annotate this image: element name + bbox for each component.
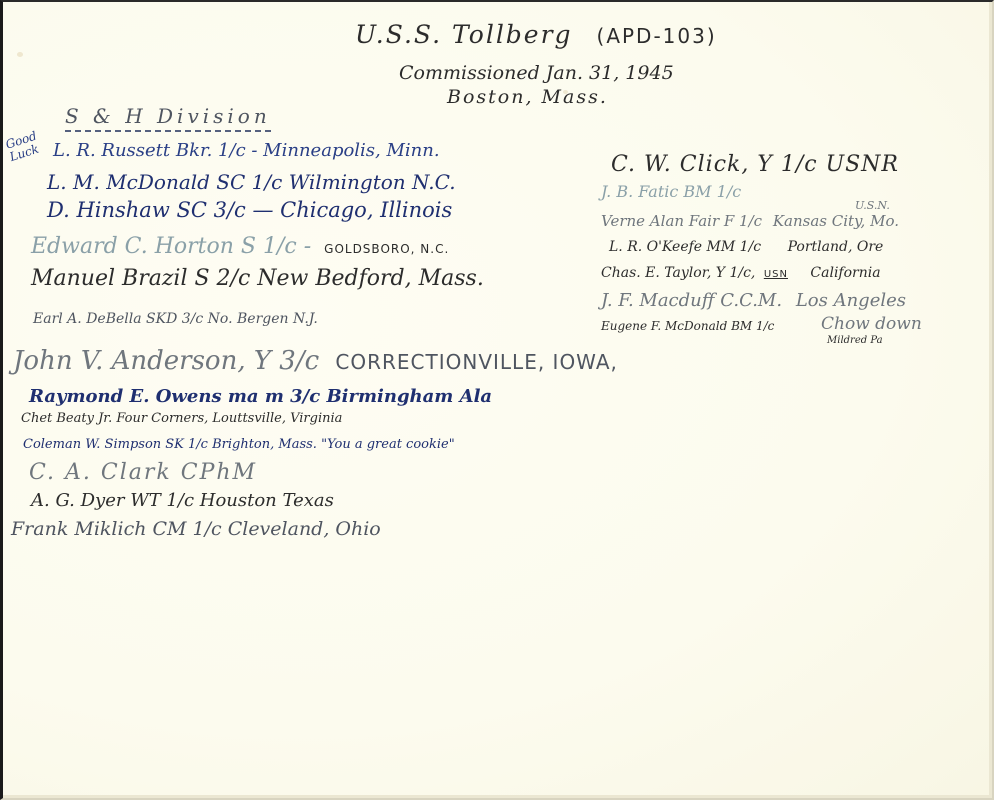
list-item: J. B. Fatic BM 1/c — [601, 184, 741, 200]
list-item: Verne Alan Fair F 1/c Kansas City, Mo. — [601, 214, 899, 229]
list-item: Eugene F. McDonald BM 1/c — [601, 320, 774, 332]
paper-stain — [17, 52, 23, 57]
entry-note: Mildred Pa — [827, 336, 883, 346]
entry-hometown: CORRECTIONVILLE, IOWA, — [335, 350, 618, 374]
ship-title: U.S.S. Tollberg — [355, 20, 573, 49]
list-item: L. R. Russett Bkr. 1/c - Minneapolis, Mi… — [53, 142, 440, 160]
list-item: A. G. Dyer WT 1/c Houston Texas — [31, 492, 334, 510]
commission-date: Commissioned Jan. 31, 1945 — [399, 64, 674, 83]
entry-hometown: Portland, Ore — [788, 239, 884, 255]
document-photo: U.S.S. Tollberg (APD-103) Commissioned J… — [0, 0, 994, 800]
entry-name: L. R. O'Keefe MM 1/c — [609, 239, 761, 255]
division-title: S & H Division — [65, 106, 271, 126]
entry-name: Verne Alan Fair F 1/c — [601, 212, 762, 230]
list-item: Edward C. Horton S 1/c - GOLDSBORO, N.C. — [31, 236, 449, 258]
entry-name: John V. Anderson, Y 3/c — [13, 346, 319, 376]
list-item: D. Hinshaw SC 3/c — Chicago, Illinois — [47, 200, 452, 221]
entry-note: USN — [764, 269, 788, 280]
list-item: L. R. O'Keefe MM 1/c Portland, Ore — [609, 240, 883, 254]
entry-name: Eugene F. McDonald BM 1/c — [601, 319, 774, 333]
list-item: Earl A. DeBella SKD 3/c No. Bergen N.J. — [33, 312, 318, 326]
entry-note: Chow down — [821, 316, 922, 333]
list-item: John V. Anderson, Y 3/c CORRECTIONVILLE,… — [13, 348, 618, 374]
list-item: Chet Beaty Jr. Four Corners, Louttsville… — [21, 412, 342, 425]
list-item: C. W. Click, Y 1/c USNR — [611, 154, 899, 176]
entry-hometown: Kansas City, Mo. — [773, 212, 899, 230]
list-item: J. F. Macduff C.C.M. Los Angeles — [601, 292, 906, 310]
list-item: Chas. E. Taylor, Y 1/c, USN California — [601, 266, 881, 280]
list-item: Frank Miklich CM 1/c Cleveland, Ohio — [11, 520, 381, 539]
entry-name: Edward C. Horton S 1/c - — [31, 234, 311, 259]
division-title-text: S & H Division — [65, 104, 271, 132]
list-item: C. A. Clark CPhM — [29, 462, 257, 484]
ship-name: U.S.S. Tollberg (APD-103) — [355, 22, 717, 47]
list-item: Manuel Brazil S 2/c New Bedford, Mass. — [31, 268, 484, 290]
list-item: Raymond E. Owens ma m 3/c Birmingham Ala — [29, 388, 492, 406]
entry-note: U.S.N. — [855, 200, 890, 211]
commission-location: Boston, Mass. — [447, 88, 608, 107]
list-item: L. M. McDonald SC 1/c Wilmington N.C. — [47, 172, 456, 192]
list-item: Coleman W. Simpson SK 1/c Brighton, Mass… — [23, 438, 455, 451]
entry-name: Chas. E. Taylor, Y 1/c, — [601, 265, 755, 281]
entry-hometown: California — [810, 265, 880, 281]
entry-hometown: Los Angeles — [796, 290, 906, 311]
good-luck-note: Good Luck — [4, 126, 54, 164]
hull-number: (APD-103) — [597, 24, 717, 48]
entry-hometown: GOLDSBORO, N.C. — [324, 242, 449, 256]
entry-name: J. F. Macduff C.C.M. — [601, 290, 782, 311]
